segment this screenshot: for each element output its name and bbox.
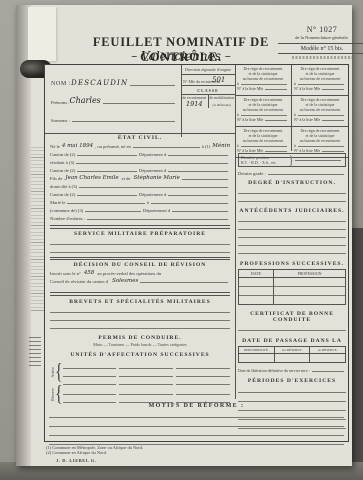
decision-title: DÉCISION DU CONSEIL DE RÉVISION	[50, 262, 230, 268]
blank-line	[298, 114, 344, 116]
rec-line3: au bureau de recrutement	[237, 138, 289, 143]
blank-line	[238, 238, 346, 246]
blank-line	[238, 246, 346, 254]
recruitment-block: Dre régn de recrutement et de la statist…	[235, 96, 291, 127]
blank-cell	[275, 354, 311, 362]
margin-marks	[29, 335, 41, 369]
blank-line	[76, 162, 228, 164]
residant-label: résidant à (3)	[50, 160, 74, 165]
document-page: FEUILLET NOMINATIF DE CONTRÔLE. – Valenc…	[16, 5, 352, 466]
antecedents-title: ANTÉCÉDENTS JUDICIAIRES.	[238, 208, 346, 214]
nom-label: NOM :	[51, 81, 71, 87]
nombre-enfants-label: Nombre d'enfants :	[50, 216, 85, 221]
blank-line	[168, 194, 228, 196]
blank-line	[298, 145, 344, 147]
direction-label: Direction régionale d'origine	[181, 65, 235, 75]
professions-header-row: DATE PROFESSION	[239, 270, 345, 278]
recruitment-block: Dre régn de recrutement et de la statist…	[292, 65, 348, 96]
passage-row	[239, 354, 345, 362]
blank-line	[238, 186, 346, 194]
prenoms-value: Charles	[70, 96, 101, 105]
classe-title: CLASSE	[181, 86, 235, 95]
presume-label: , ou présumé, né en	[95, 144, 131, 149]
rec-liste-label: N° à la liste Mle	[294, 117, 320, 122]
father-name-value: Jean Charles Emile	[65, 175, 118, 181]
blank-line	[268, 173, 344, 175]
departement-label: Département d	[139, 152, 166, 157]
professions-col-profession: PROFESSION	[274, 270, 345, 277]
blank-cell	[119, 369, 173, 377]
canton-label: Canton de (2)	[50, 152, 75, 157]
blank-cell	[176, 377, 230, 385]
blank-cell	[239, 278, 274, 287]
canton-label: Canton de (2)	[50, 192, 75, 197]
mother-name-value: Stéphanie Marie	[133, 175, 179, 181]
ne-le-label: Né le	[50, 144, 60, 149]
blank-line	[322, 88, 344, 90]
blank-line	[168, 154, 228, 156]
brace-icon: {	[55, 361, 63, 383]
blank-line	[182, 178, 228, 180]
numero-value: 501	[212, 76, 225, 84]
blank-cell	[63, 361, 117, 369]
blank-line	[322, 119, 344, 121]
blank-line	[151, 202, 228, 204]
blank-line	[72, 120, 175, 122]
blank-cell	[239, 296, 274, 304]
handwritten-subtitle: – Valenciennes –	[106, 49, 256, 63]
doc-model: Modèle n° 15 bis.	[278, 43, 363, 54]
blank-line	[322, 150, 344, 152]
blank-line	[238, 384, 346, 393]
blank-line	[50, 313, 230, 321]
blank-cell	[239, 354, 275, 362]
periodes-title: PÉRIODES D'EXERCICES	[238, 378, 346, 384]
blank-line	[85, 210, 141, 212]
liberation-label: Date de libération définitive du service…	[238, 368, 310, 373]
section-divider	[50, 292, 230, 296]
blank-line	[238, 230, 346, 238]
motifs-section: MOTIFS DE RÉFORME :	[45, 399, 348, 445]
blank-cell	[176, 361, 230, 369]
blank-cell	[119, 387, 173, 395]
passage-col-reserve2: 2e RÉSERVE.	[310, 347, 345, 353]
blank-line	[265, 119, 287, 121]
domicilie-label: domicilié à (3)	[50, 184, 77, 189]
birthplace-value: Ménin	[212, 143, 230, 149]
blank-cell	[63, 369, 117, 377]
professions-row	[239, 287, 345, 296]
identity-classe-column: Direction régionale d'origine N° Mle du …	[181, 65, 235, 133]
blank-cell	[119, 377, 173, 385]
blank-line	[50, 237, 230, 245]
blank-line	[50, 245, 230, 253]
passage-header-row: DISPONIBILITÉ. 1re RÉSERVE. 2e RÉSERVE.	[239, 347, 345, 354]
a-label: à (1)	[202, 144, 211, 149]
blank-line	[295, 159, 341, 161]
degre-instruction-title: DEGRÉ D'INSTRUCTION.	[238, 180, 346, 186]
professions-table: DATE PROFESSION	[238, 269, 346, 305]
blank-line	[238, 194, 346, 202]
blank-line	[238, 323, 346, 331]
blank-line	[49, 409, 344, 418]
section-divider	[50, 257, 230, 261]
blank-line	[265, 150, 287, 152]
derniere-position-line2: R.T. - R.D. - X.S., etc.	[241, 160, 289, 165]
marie-le-label: Marié le	[50, 200, 65, 205]
form-box: NOM : DESCAUDIN Prénoms : Charles Surnom…	[44, 64, 349, 442]
blank-line	[133, 146, 200, 148]
blank-line	[168, 170, 228, 172]
blank-cell	[239, 287, 274, 296]
surnoms-label: Surnoms :	[51, 118, 70, 123]
permis-title: PERMIS DE CONDUIRE.	[50, 335, 230, 341]
rec-liste-label: N° à la liste Mle	[294, 86, 320, 91]
nom-value: DESCAUDIN	[71, 79, 128, 87]
section-divider	[50, 225, 230, 229]
footnote-2: (2) Commune en Afrique du Nord.	[46, 450, 306, 455]
professions-title: PROFESSIONS SUCCESSIVES.	[238, 261, 346, 267]
et-de-label: et de	[122, 176, 131, 181]
canton-value: Solesmes	[112, 278, 138, 284]
blank-cell	[274, 296, 345, 304]
blank-line	[67, 202, 144, 204]
fils-de-label: Fils de	[50, 176, 62, 181]
professions-row	[239, 296, 345, 304]
passage-col-disponibilite: DISPONIBILITÉ.	[239, 347, 275, 353]
blank-cell	[63, 377, 117, 385]
rec-line3: au bureau de recrutement	[294, 138, 346, 143]
blank-line	[50, 321, 230, 329]
recruitment-block: Dre régn de recrutement et de la statist…	[292, 96, 348, 127]
blank-line	[77, 154, 137, 156]
blank-line	[241, 83, 287, 85]
rec-line3: au bureau de recrutement	[294, 107, 346, 112]
blank-cell	[310, 354, 345, 362]
derniere-position-block: Dernière position R.T. - R.D. - X.S., et…	[238, 153, 346, 176]
unites-title: UNITÉS D'AFFECTATION SUCCESSIVES	[50, 352, 230, 358]
canton-label: Canton de (2)	[50, 168, 75, 173]
rec-line3: au bureau de recrutement	[237, 76, 289, 81]
proces-verbal-label: au procès-verbal des opérations du	[97, 271, 161, 276]
identity-bottom-rule	[45, 133, 235, 134]
paper-tab	[28, 7, 56, 61]
printer-mark: J. D. LIEBEL G.	[56, 458, 306, 463]
doc-number-sub: de la Nomenclature générale.	[278, 35, 363, 40]
passage-table: DISPONIBILITÉ. 1re RÉSERVE. 2e RÉSERVE.	[238, 346, 346, 363]
blank-line	[265, 88, 287, 90]
blank-line	[140, 281, 228, 283]
blank-line	[49, 427, 344, 436]
blank-line	[312, 370, 344, 372]
footnotes: (1) Commune en Métropole, Zone ou Afriqu…	[46, 445, 306, 463]
rec-line3: au bureau de recrutement	[294, 76, 346, 81]
blank-line	[238, 222, 346, 230]
departement-label: Département d	[139, 168, 166, 173]
blank-cell	[274, 287, 345, 296]
classe-mobilisation-cell: de mobilisation (si différente)	[209, 95, 236, 108]
classe-mob-label: de mobilisation	[209, 95, 236, 100]
blank-line	[241, 145, 287, 147]
conseil-canton-label: Conseil de révision du canton d	[50, 279, 108, 284]
recruitment-col-2: Dre régn de recrutement et de la statist…	[292, 65, 348, 151]
blank-line	[172, 210, 228, 212]
blank-cell	[176, 387, 230, 395]
brace-icon: }	[289, 154, 293, 167]
document-reference-block: N° 1027 de la Nomenclature générale. Mod…	[278, 25, 363, 59]
rec-liste-label: N° à la liste Mle	[237, 117, 263, 122]
blank-line	[298, 83, 344, 85]
professions-row	[239, 278, 345, 287]
professions-col-date: DATE	[239, 270, 274, 277]
margin-fine-print	[31, 147, 44, 312]
certificat-title: CERTIFICAT DE BONNE CONDUITE	[238, 311, 346, 323]
commune-label: (commune de) (3)	[50, 208, 83, 213]
dernier-grade-label: Dernier grade :	[238, 171, 266, 176]
blank-cell	[176, 369, 230, 377]
prenoms-label: Prénoms :	[51, 100, 70, 105]
blank-line	[77, 170, 137, 172]
blank-line	[238, 214, 346, 222]
classe-recrutement-cell: de recrutement 1914	[181, 95, 209, 108]
departement-label: Département d	[139, 192, 166, 197]
recruitment-block: Dre régn de recrutement et de la statist…	[235, 65, 291, 96]
doc-number: N° 1027	[278, 25, 363, 34]
classe-rec-value: 1914	[181, 100, 208, 108]
identity-names: NOM : DESCAUDIN Prénoms : Charles Surnom…	[51, 71, 177, 123]
inscrit-number-value: 458	[84, 270, 95, 276]
blank-cell	[274, 278, 345, 287]
blank-line	[77, 194, 137, 196]
blank-line	[49, 418, 344, 427]
blank-line	[50, 305, 230, 313]
passage-title: DATE DE PASSAGE DANS LA	[238, 338, 346, 344]
blank-line	[130, 84, 175, 86]
brevets-title: BREVETS ET SPÉCIALITÉS MILITAIRES	[50, 299, 230, 305]
right-column: DEGRÉ D'INSTRUCTION. ANTÉCÉDENTS JUDICIA…	[238, 177, 346, 429]
numero-label: N° Mle du recrutement	[183, 79, 209, 84]
recruitment-col-1: Dre régn de recrutement et de la statist…	[235, 65, 292, 151]
passage-col-reserve1: 1re RÉSERVE.	[275, 347, 311, 353]
doc-format-fineprint	[292, 56, 352, 59]
blank-line	[49, 436, 344, 445]
blank-cell	[63, 387, 117, 395]
blank-line	[87, 218, 228, 220]
rec-liste-label: N° à la liste Mle	[237, 86, 263, 91]
blank-line	[79, 186, 228, 188]
unites-group-active: Active {	[50, 361, 230, 385]
rec-line3: au bureau de recrutement	[237, 107, 289, 112]
recruitment-columns: Dre régn de recrutement et de la statist…	[235, 65, 348, 151]
smp-title: SERVICE MILITAIRE PRÉPARATOIRE	[50, 231, 230, 237]
permis-categories: Moto — Tourisme — Poids lourds — Toutes …	[50, 342, 230, 347]
blank-line	[103, 102, 175, 104]
birthdate-value: 4 mai 1894	[62, 143, 93, 149]
classe-mob-sub: (si différente)	[209, 103, 236, 107]
a-label: à	[147, 200, 149, 205]
departement-label: Département d	[143, 208, 170, 213]
blank-cell	[119, 361, 173, 369]
inscrit-label: Inscrit sous le n°	[50, 271, 81, 276]
blank-line	[241, 114, 287, 116]
left-column: ÉTAT CIVIL. Né le 4 mai 1894 , ou présum…	[50, 135, 230, 403]
